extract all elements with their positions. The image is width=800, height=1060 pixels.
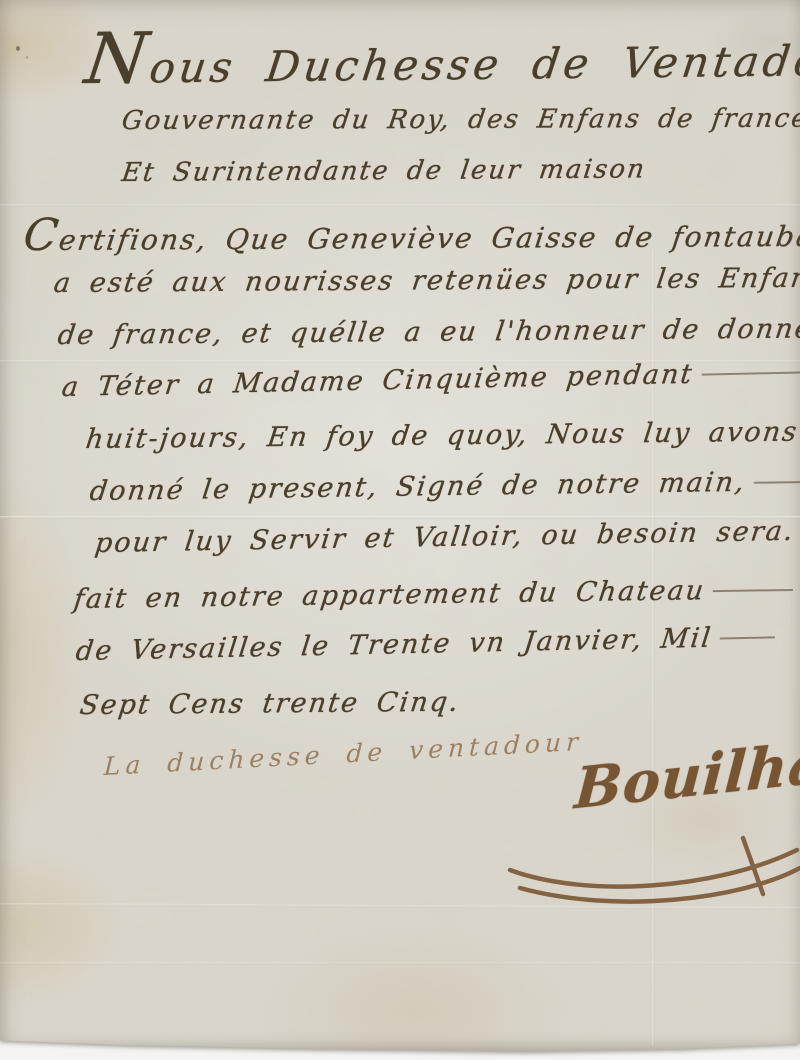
manuscript-line: huit-jours, En foy de quoy, Nous luy avo… — [84, 417, 800, 456]
manuscript-line: de france, et quélle a eu l'honneur de d… — [56, 313, 800, 351]
manuscript-line: a Téter a Madame Cinquième pendant — [60, 356, 800, 403]
manuscript-line: Et Surintendante de leur maison — [120, 154, 648, 188]
manuscript-paper: Nous Duchesse de Ventadour Gouvernante d… — [0, 0, 800, 1052]
manuscript-line: Gouvernante du Roy, des Enfans de france… — [120, 104, 800, 136]
manuscript-line: a esté aux nourisses retenües pour les E… — [52, 263, 800, 299]
manuscript-line-heading: Nous Duchesse de Ventadour — [81, 10, 800, 100]
docket-annotation: La duchesse de ventadour — [103, 727, 584, 781]
manuscript-line: fait en notre appartement du Chateau — [72, 574, 795, 615]
paper-crease — [0, 903, 800, 910]
paper-crease — [0, 962, 800, 965]
ink-speck — [16, 46, 20, 51]
paper-shadow: Nous Duchesse de Ventadour Gouvernante d… — [0, 0, 800, 1060]
manuscript-scan: Nous Duchesse de Ventadour Gouvernante d… — [0, 0, 800, 1060]
manuscript-line: pour luy Servir et Valloir, ou besoin se… — [93, 515, 800, 559]
signature-bouilhac: Bouilhac — [573, 726, 800, 823]
manuscript-line: Sept Cens trente Cinq. — [78, 687, 462, 721]
manuscript-line: donné le present, Signé de notre main, — [88, 466, 800, 507]
manuscript-line: de Versailles le Trente vn Janvier, Mil — [74, 621, 777, 667]
manuscript-line: Certifions, Que Geneviève Gaisse de font… — [21, 206, 800, 261]
signature-paraph-flourish — [505, 830, 800, 905]
